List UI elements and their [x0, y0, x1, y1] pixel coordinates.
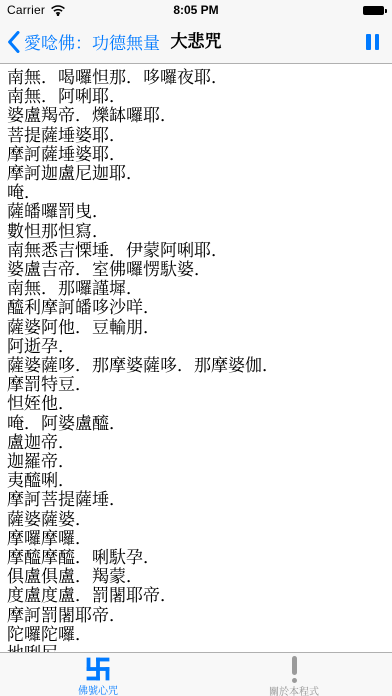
clock: 8:05 PM [0, 3, 392, 17]
pause-icon [375, 34, 380, 50]
mantra-line: 摩訶菩提薩埵． [7, 490, 388, 509]
tab-buddha-mantras[interactable]: 佛號心咒 [0, 653, 196, 696]
tab-label: 佛號心咒 [78, 682, 118, 696]
mantra-line: 南無．阿唎耶． [7, 87, 388, 106]
mantra-line: 南無．喝囉怛那．哆囉夜耶． [7, 68, 388, 87]
mantra-line: 醯利摩訶皤哆沙咩． [7, 298, 388, 317]
mantra-line: 薩婆阿他．豆輸朋． [7, 318, 388, 337]
mantra-line: 夷醯唎． [7, 471, 388, 490]
mantra-line: 數怛那怛寫． [7, 222, 388, 241]
navigation-bar: 大悲咒 愛唸佛：功德無量 [0, 20, 392, 64]
mantra-text-area[interactable]: 南無．喝囉怛那．哆囉夜耶．南無．阿唎耶．婆盧羯帝．爍缽囉耶．菩提薩埵婆耶．摩訶薩… [0, 64, 392, 696]
mantra-line: 南無悉吉慄埵．伊蒙阿唎耶． [7, 241, 388, 260]
mantra-line: 俱盧俱盧．羯蒙． [7, 567, 388, 586]
mantra-line: 阿逝孕． [7, 337, 388, 356]
mantra-line: 度盧度盧．罰闍耶帝． [7, 586, 388, 605]
tab-label: 關於本程式 [269, 683, 319, 696]
mantra-line: 婆盧羯帝．爍缽囉耶． [7, 106, 388, 125]
mantra-line: 盧迦帝． [7, 433, 388, 452]
mantra-line: 摩訶薩埵婆耶． [7, 145, 388, 164]
mantra-line: 菩提薩埵婆耶． [7, 126, 388, 145]
mantra-line: 摩訶罰闍耶帝． [7, 606, 388, 625]
mantra-line: 薩皤囉罰曳． [7, 202, 388, 221]
mantra-line: 薩婆薩婆． [7, 510, 388, 529]
battery-icon [363, 6, 387, 15]
tab-bar: 佛號心咒 關於本程式 [0, 652, 392, 696]
back-button[interactable]: 愛唸佛：功德無量 [7, 20, 160, 63]
mantra-line: 唵．阿婆盧醯． [7, 414, 388, 433]
exclamation-icon [292, 656, 297, 683]
mantra-line: 迦羅帝． [7, 452, 388, 471]
swastika-icon [85, 656, 111, 682]
mantra-line: 摩囉摩囉． [7, 529, 388, 548]
pause-icon [366, 34, 371, 50]
mantra-line: 陀囉陀囉． [7, 625, 388, 644]
app-screen: Carrier 8:05 PM 大悲咒 愛唸佛：功德無量 [0, 0, 392, 696]
mantra-line: 摩罰特豆． [7, 375, 388, 394]
mantra-line: 婆盧吉帝．室佛囉愣馱婆． [7, 260, 388, 279]
mantra-line: 摩醯摩醯．唎馱孕． [7, 548, 388, 567]
mantra-line: 薩婆薩哆．那摩婆薩哆．那摩婆伽． [7, 356, 388, 375]
tab-about-app[interactable]: 關於本程式 [196, 653, 392, 696]
mantra-line: 摩訶迦盧尼迦耶． [7, 164, 388, 183]
pause-button[interactable] [366, 34, 379, 50]
back-button-label: 愛唸佛：功德無量 [24, 29, 160, 54]
status-bar: Carrier 8:05 PM [0, 0, 392, 20]
mantra-line: 唵． [7, 183, 388, 202]
mantra-line: 怛姪他． [7, 394, 388, 413]
chevron-left-icon [7, 31, 20, 53]
mantra-line: 南無．那囉謹墀． [7, 279, 388, 298]
